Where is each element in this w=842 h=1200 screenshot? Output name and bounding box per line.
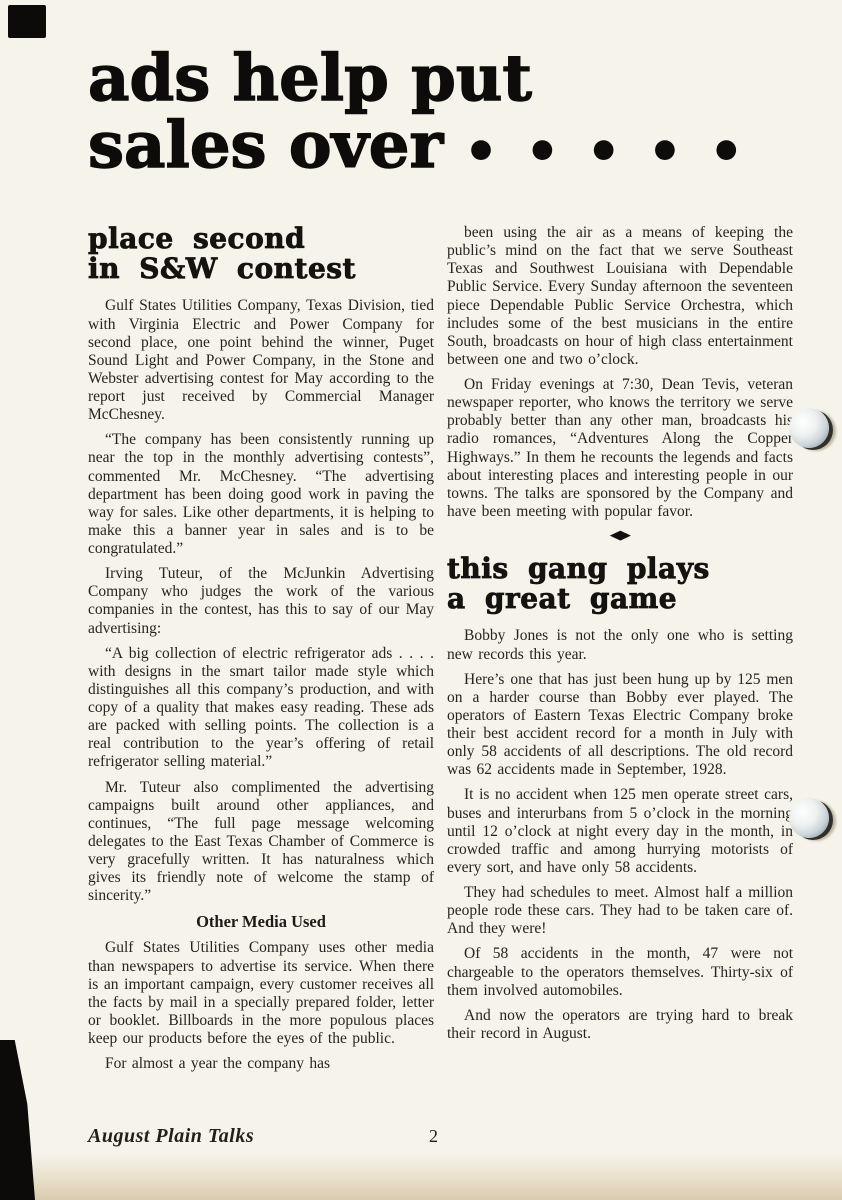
page-headline: ads help put sales over• • • • • (88, 46, 747, 179)
scan-edge-mark (0, 1040, 35, 1200)
magazine-page: ads help put sales over• • • • • place s… (0, 0, 842, 1200)
headline-dots: • • • • • (463, 123, 747, 181)
right-column: been using the air as a means of keeping… (447, 224, 793, 1073)
paragraph: “The company has been consistently runni… (88, 431, 434, 558)
section-heading-line: this gang plays (447, 554, 793, 584)
paragraph: “A big collection of electric refrigerat… (88, 645, 434, 772)
publication-title: August Plain Talks (88, 1125, 254, 1147)
article-columns: place second in S&W contest Gulf States … (88, 224, 794, 1073)
paragraph: They had schedules to meet. Almost half … (447, 884, 793, 938)
paragraph: It is no accident when 125 men operate s… (447, 786, 793, 877)
paragraph: Irving Tuteur, of the McJunkin Advertisi… (88, 565, 434, 638)
paragraph: Mr. Tuteur also complimented the adverti… (88, 779, 434, 906)
section-heading-line: a great game (447, 584, 793, 614)
paragraph: Gulf States Utilities Company, Texas Div… (88, 297, 434, 424)
paragraph: And now the operators are trying hard to… (447, 1007, 793, 1043)
diamond-ornament-icon: ◆ (447, 528, 793, 544)
page-edge-shadow (0, 1154, 842, 1200)
section-heading-place-second: place second in S&W contest (88, 224, 434, 284)
headline-line-1: ads help put (88, 46, 747, 113)
paragraph: been using the air as a means of keeping… (447, 224, 793, 369)
headline-line-2: sales over• • • • • (88, 113, 747, 180)
left-column: place second in S&W contest Gulf States … (88, 224, 434, 1073)
paragraph: Bobby Jones is not the only one who is s… (447, 627, 793, 663)
paragraph: Of 58 accidents in the month, 47 were no… (447, 945, 793, 999)
page-footer: August Plain Talks 2 (88, 1125, 794, 1148)
section-heading-line: place second (88, 224, 434, 254)
section-heading-line: in S&W contest (88, 254, 434, 284)
paragraph: Gulf States Utilities Company uses other… (88, 939, 434, 1048)
paragraph: For almost a year the company has (88, 1055, 434, 1073)
subheading-other-media-used: Other Media Used (88, 912, 434, 932)
binder-grommet-bottom (789, 798, 829, 838)
paragraph: On Friday evenings at 7:30, Dean Tevis, … (447, 376, 793, 521)
section-heading-this-gang-plays: this gang plays a great game (447, 554, 793, 614)
scan-corner-mark (8, 5, 46, 38)
page-number: 2 (429, 1126, 438, 1147)
binder-grommet-top (789, 408, 829, 448)
paragraph: Here’s one that has just been hung up by… (447, 671, 793, 780)
